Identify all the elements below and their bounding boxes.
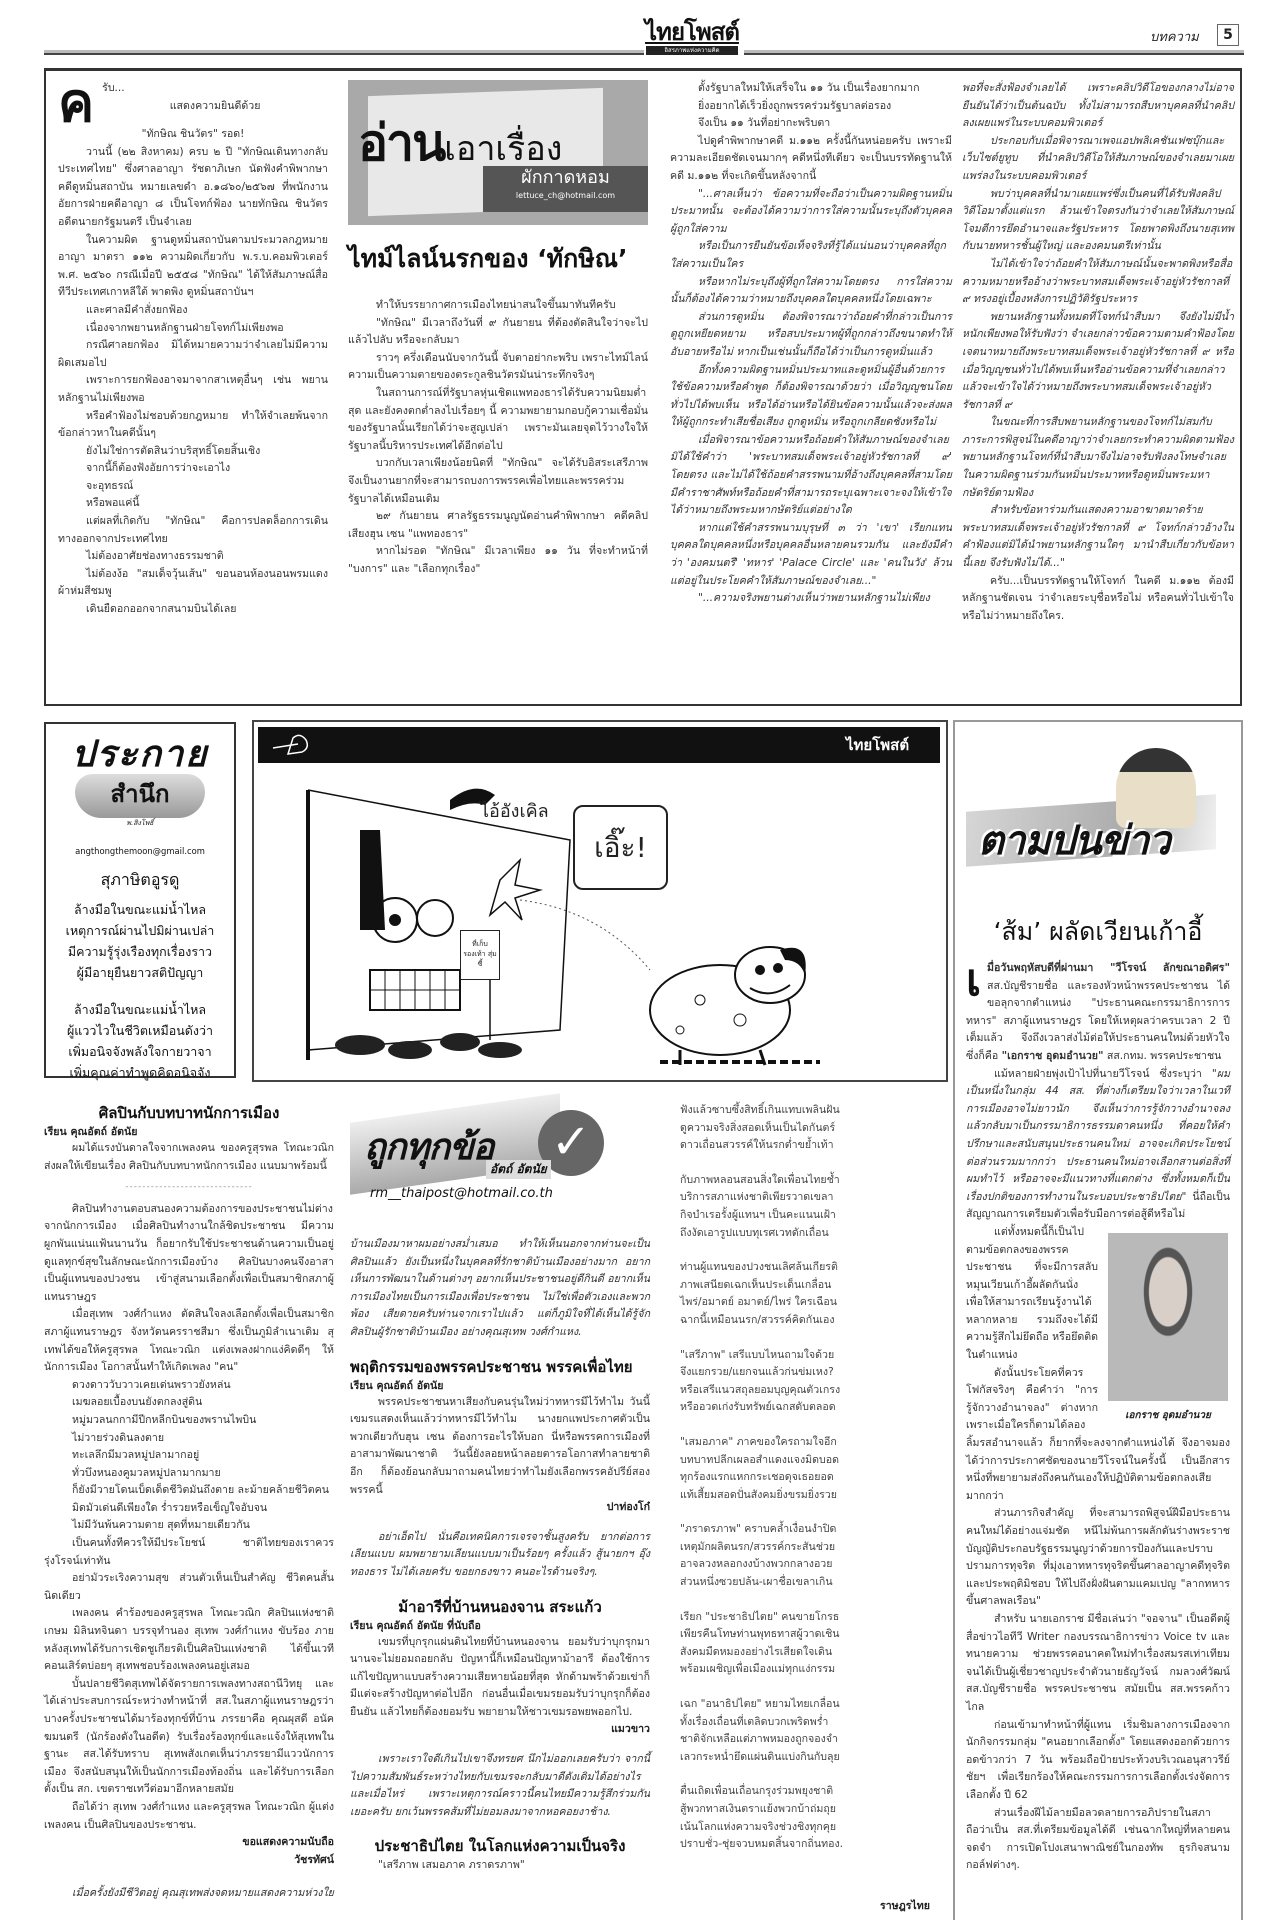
- editor-reply: อย่าเอ็ดไป นั่นคือเทคนิคการเจรจาชั้นสูงค…: [350, 1529, 650, 1582]
- paragraph: เป็นคนทั้งทีควรให้มีประโยชน์ ชาติไทยของเ…: [44, 1535, 334, 1570]
- quote-paragraph: พยานหลักฐานทั้งหมดที่โจทก์นำสืบมา จึงยัง…: [962, 309, 1234, 415]
- paragraph: กรณีศาลยกฟ้อง มิได้หมายความว่าจำเลยไม่มี…: [58, 337, 328, 372]
- logo-scroll: สำนึก: [75, 774, 205, 818]
- column-name: ถูกทุกข้อ: [364, 1118, 493, 1175]
- paragraph: เมื่อสุเทพ วงศ์กำแหง ตัดสินใจลงเลือกตั้ง…: [44, 1306, 334, 1376]
- main-article-column-4: พอที่จะสั่งฟ้องจำเลยได้ เพราะคลิปวิดีโอข…: [962, 80, 1234, 625]
- letter-salutation: เรียน คุณอัตถ์ อัตนัย ที่นับถือ: [350, 1618, 650, 1634]
- lead-name: "เอกราช อุดมอำนวย": [1002, 1050, 1104, 1062]
- quote-paragraph: สำหรับข้อหาร่วมกันแสดงความอาฆาตมาดร้ายพร…: [962, 502, 1234, 572]
- paragraph: เพราะการยกฟ้องอาจมาจากสาเหตุอื่นๆ เช่น พ…: [58, 372, 328, 407]
- paragraph: ก่อนเข้ามาทำหน้าที่ผู้แทน เริ่มชิมลางการ…: [966, 1717, 1230, 1805]
- paragraph: เพลงคน คำร้องของครูสุรพล โทณะวณิก ศิลปิน…: [44, 1605, 334, 1675]
- song-line: เมฆลอยเบื้องบนยังตกลงสู่ดิน: [44, 1394, 334, 1412]
- column-name-big: อ่าน: [358, 114, 444, 172]
- dropcap: ค: [58, 80, 94, 126]
- quote-paragraph: เมื่อพิจารณาข้อความหรือถ้อยคำให้สัมภาษณ์…: [670, 432, 952, 520]
- epigraph: "เสรีภาพ เสมอภาค ภราดรภาพ": [350, 1857, 650, 1875]
- letters-column-logo: ถูกทุกข้อ ✓ อัตถ์ อัตนัย rm__thaipost@ho…: [350, 1096, 630, 1206]
- lead-end: สส.กทม. พรรคประชาชน: [1107, 1050, 1222, 1062]
- song-line: ก็ยังมีวายโดนเบ็ดเด็ดชีวิตมันถึงตาย ละม้…: [44, 1482, 334, 1500]
- paragraph: เดินยืดอกออกจากสนามบินได้เลย: [58, 601, 328, 619]
- dropcap: เ: [966, 962, 981, 1000]
- logo-tagline: อิสรภาพแห่งความคิด: [646, 46, 738, 55]
- poem-box: ประกาย สำนึก พ.สิงโพธิ์ angthongthemoon@…: [44, 722, 236, 1078]
- paragraph: บั้นปลายชีวิตสุเทพได้จัดรายการเพลงทางสถา…: [44, 1676, 334, 1799]
- letter-salutation: เรียน คุณอัตถ์ อัตนัย: [350, 1378, 650, 1394]
- quote: "ผมเป็นหนึ่งในกลุ่ม 44 สส. ที่ต่างก็เตรี…: [966, 1068, 1230, 1203]
- lead-bold: มื่อวันพฤหัสบดีที่ผ่านมา "วีโรจน์ ลักขณา…: [987, 962, 1230, 974]
- song-line: ไม่วายร่วงดินลงตาย: [44, 1430, 334, 1448]
- paragraph: หากไม่รอด "ทักษิณ" มีเวลาเพียง ๑๑ วัน ที…: [348, 543, 648, 578]
- paragraph: แต่ผลที่เกิดกับ "ทักษิณ" คือการปลดล็อกกา…: [58, 513, 328, 548]
- quote-paragraph: พบว่าบุคคลที่นำมาเผยแพร่ซึ่งเป็นคนที่ได้…: [962, 186, 1234, 256]
- cartoon-brand: ไทยโพสต์: [846, 733, 909, 757]
- poem-line: ผู้มีอายุยืนยาวสติปัญญา: [46, 962, 234, 983]
- poem-line: ล้างมือในขณะแม่น้ำไหล: [46, 899, 234, 920]
- news-headline: ‘ส้ม’ ผลัดเวียนเก้าอี้: [966, 912, 1230, 952]
- quote-paragraph: หรือหากไม่ระบุถึงผู้ที่ถูกใส่ความโดยตรง …: [670, 274, 952, 309]
- news-column-logo: ตามปนข่าว: [966, 748, 1228, 868]
- poem-line: เพิ่มคุณค่าทำพูดคิดอนิจจัง: [46, 1062, 234, 1083]
- logo-author: พ.สิงโพธิ์: [60, 818, 220, 828]
- paragraph: ไปดูคำพิพากษาคดี ม.๑๑๒ ครั้งนี้กันหน่อยค…: [670, 133, 952, 186]
- cartoonist-mascot-icon: [268, 730, 328, 760]
- quote-paragraph: "...ความจริงพยานต่างเห็นว่าพยานหลักฐานไม…: [670, 590, 952, 608]
- paragraph: ศิลปินทำงานตอบสนองความต้องการของประชาชนไ…: [44, 1201, 334, 1307]
- paragraph: ราวๆ ครึ่งเดือนนับจากวันนี้ จับตาอย่ากะพ…: [348, 350, 648, 385]
- song-line: ทะเลลึกมีมวลหมู่ปลามากอยู่: [44, 1447, 334, 1465]
- stanza: เฉก "อนาธิปไตย" หยามไทยเกลื่อนทั้งเรื่อง…: [680, 1696, 942, 1766]
- column-author: อัตถ์ อัตนัย: [486, 1160, 551, 1179]
- paragraph: ส่วนภารกิจสำคัญ ที่จะสามารถพิสูจน์ฝีมือป…: [966, 1505, 1230, 1611]
- letter-signature: แมวขาว: [350, 1721, 650, 1739]
- main-article-column-2: อ่านเอาเรื่อง ผักกาดหอม lettuce_ch@hotma…: [348, 80, 648, 579]
- divider: ------------------------------: [44, 1179, 334, 1197]
- portrait-photo: [1108, 1233, 1228, 1401]
- letters-column-2: ถูกทุกข้อ ✓ อัตถ์ อัตนัย rm__thaipost@ho…: [350, 1096, 650, 1875]
- column-name-small: เอาเรื่อง: [444, 129, 562, 169]
- paragraph: ในความผิด ฐานดูหมิ่นสถาบันตามประมวลกฎหมา…: [58, 232, 328, 302]
- poem-signature: ราษฎรไทย: [880, 1897, 930, 1914]
- author-email[interactable]: lettuce_ch@hotmail.com: [483, 190, 648, 202]
- cartoon-caption: ไอ้อังเคิล: [480, 796, 549, 825]
- editor-reply: เมื่อครั้งยังมีชีวิตอยู่ คุณสุเทพส่งจดหม…: [44, 1885, 334, 1903]
- song-line: ทั่วบึงหนองคูมวลหมู่ปลามากมาย: [44, 1465, 334, 1483]
- paragraph: ทำให้บรรยากาศการเมืองไทยน่าสนใจขึ้นมาทัน…: [348, 297, 648, 315]
- quote-paragraph: หากแต่ใช้คำสรรพนามบุรุษที่ ๓ ว่า 'เขา' เ…: [670, 520, 952, 590]
- letter-salutation: เรียน คุณอัตถ์ อัตนัย: [44, 1124, 334, 1140]
- letter-sign-off: ขอแสดงความนับถือ: [44, 1834, 334, 1852]
- stanza: "ภราดรภาพ" คราบคล้ำเงื่อนงำปิดเหตุมักผลิ…: [680, 1521, 942, 1591]
- cartoon-header-bar: [258, 727, 940, 763]
- poem-line: มีความรู้รุ่งเรืองทุกเรื่องราว: [46, 941, 234, 962]
- poem-title: สุภาษิตอูรดู: [46, 868, 234, 893]
- paragraph: เนื่องจากพยานหลักฐานฝ่ายโจทก์ไม่เพียงพอ: [58, 320, 328, 338]
- main-article-column-3: ตั้งรัฐบาลใหม่ให้เสร็จใน ๑๑ วัน เป็นเรื่…: [670, 80, 952, 608]
- paragraph: บวกกับเวลาเพียงน้อยนิดที่ "ทักษิณ" จะได้…: [348, 455, 648, 508]
- column-email[interactable]: rm__thaipost@hotmail.co.th: [370, 1186, 553, 1201]
- quote-paragraph: ส่วนการดูหมิ่น ต้องพิจารณาว่าถ้อยคำที่กล…: [670, 309, 952, 362]
- poem-line: เพิ่มอนิจจังพลังใจกายวาจา: [46, 1041, 234, 1062]
- main-headline: ไทม์ไลน์นรกของ ‘ทักษิณ’: [348, 241, 648, 277]
- song-line: ไม่มีวันพ้นความตาย สุดที่หมายเดียวกัน: [44, 1517, 334, 1535]
- author-bar: ผักกาดหอม lettuce_ch@hotmail.com: [483, 166, 648, 212]
- newspaper-logo: ไทยโพสต์ อิสรภาพแห่งความคิด: [640, 18, 744, 58]
- stanza: "เสมอภาค" ภาคของใครถามใจอีกบทบาทปลีกเผลอ…: [680, 1434, 942, 1504]
- paragraph: ส่วนเรื่องฝีไม้ลายมือลวดลายการอภิปรายในส…: [966, 1805, 1230, 1875]
- paragraph: แม้หลายฝ่ายพุ่งเป้าไปที่นายวีโรจน์ ซึ่งร…: [994, 1068, 1202, 1080]
- paragraph: แสดงความยินดีด้วย: [58, 98, 328, 116]
- letter-title: พฤติกรรมของพรรคประชาชน พรรคเพื่อไทย: [350, 1356, 650, 1378]
- poem-line: ผู้แววไวในชีวิตเหมือนดังว่า: [46, 1020, 234, 1041]
- quote-paragraph: ในขณะที่การสืบพยานหลักฐานของโจทก์ไม่สมกั…: [962, 414, 1234, 502]
- paragraph: ไม่ต้องอาศัยช่องทางธรรมชาติ: [58, 548, 328, 566]
- paragraph: และศาลมีคำสั่งยกฟ้อง: [58, 302, 328, 320]
- quote-paragraph: "...ศาลเห็นว่า ข้อความที่จะถือว่าเป็นควา…: [670, 186, 952, 239]
- stanza: กับภาพหลอนสอนสิ่งใดเพื่อนไทยช้ำบริการสภา…: [680, 1172, 942, 1242]
- paragraph: ๒๙ กันยายน ศาลรัฐธรรมนูญนัดอ่านคำพิพากษา…: [348, 508, 648, 543]
- logo-text: ไทยโพสต์: [640, 18, 744, 46]
- letters-column-1: ศิลปินกับบทบาทนักการเมือง เรียน คุณอัตถ์…: [44, 1102, 334, 1903]
- poem-stanza-2: ล้างมือในขณะแม่น้ำไหล ผู้แววไวในชีวิตเหม…: [46, 999, 234, 1083]
- song-line: หมู่มวลนกกามีปีกหลีกบินของพรานไพบิน: [44, 1412, 334, 1430]
- editor-reply: บ้านเมืองมาหาผมอย่างสม่ำเสมอ ทำให้เห็นนอ…: [350, 1236, 650, 1342]
- quote-paragraph: ประกอบกับเมื่อพิจารณาเพจแอปพลิเคชันเฟซบุ…: [962, 133, 1234, 186]
- paragraph: วานนี้ (๒๒ สิงหาคม) ครบ ๒ ปี "ทักษิณเดิน…: [58, 144, 328, 232]
- masthead-rule-left: [44, 50, 644, 55]
- paragraph: ยิ่งอยากได้เร็วยิ่งถูกพรรคร่วมรัฐบาลต่อร…: [670, 98, 952, 116]
- letter-title: ม้าอารีที่บ้านหนองจาน สระแก้ว: [350, 1596, 650, 1618]
- quote-paragraph: พอที่จะสั่งฟ้องจำเลยได้ เพราะคลิปวิดีโอข…: [962, 80, 1234, 133]
- poem-line: ล้างมือในขณะแม่น้ำไหล: [46, 999, 234, 1020]
- photo-caption: เอกราช อุดมอำนวย: [1108, 1408, 1228, 1423]
- poem-column: ฟังแล้วซาบซึ้งสิทธิ์เกินแทบเพลินฝันดูควา…: [680, 1102, 942, 1871]
- paragraph: จึงเป็น ๑๑ วันที่อย่ากะพริบตา: [670, 115, 952, 133]
- paragraph: "ทักษิณ" มีเวลาถึงวันที่ ๙ กันยายน ที่ต้…: [348, 315, 648, 350]
- stanza: เรียก "ประชาธิปไตย" คนขายโกรธเพียรคืนโทษ…: [680, 1609, 942, 1679]
- paragraph: เขมรที่บุกรุกแผ่นดินไทยที่บ้านหนองจาน ยอ…: [350, 1634, 650, 1722]
- stanza: ท่านผู้แทนของปวงชนเลิศล้นเกียรติภาพเสนีย…: [680, 1259, 942, 1329]
- stanza: "เสรีภาพ" เสรีแบบไหนถามใจด้วยจึงแยกรวย/แ…: [680, 1347, 942, 1417]
- paragraph: รับ...: [58, 80, 328, 98]
- paragraph: ในสถานการณ์ที่รัฐบาลหุ่นเชิดแพทองธารได้ร…: [348, 385, 648, 455]
- paragraph: สำหรับ นายเอกราช มีชื่อเล่นว่า "จอจาน" เ…: [966, 1611, 1230, 1717]
- quote-paragraph: หรือเป็นการยืนยันข้อเท็จจริงที่รู้ได้แน่…: [670, 238, 952, 273]
- masthead-rule-right: [744, 50, 1244, 55]
- song-line: ดวงดาววับวาวเคยเด่นพราวยังหล่น: [44, 1377, 334, 1395]
- editor-reply: เพราะเราใจดีเกินไปเขาจึงทรยศ นึกไม่ออกเล…: [350, 1751, 650, 1821]
- quote-paragraph: อีกทั้งความผิดฐานหมิ่นประมาทและดูหมิ่นผู…: [670, 362, 952, 432]
- main-article-column-1: ค รับ... แสดงความยินดีด้วย "ทักษิณ ชินวั…: [58, 80, 328, 619]
- poem-line: เหตุการณ์ผ่านไปมิผ่านเปล่า: [46, 920, 234, 941]
- song-line: มิดมัวเด่นดีเพียงใด ร่ำรวยหรือเข็ญใจอับจ…: [44, 1500, 334, 1518]
- paragraph: ยังไม่ใช่การตัดสินว่าบริสุทธิ์โดยสิ้นเชิ…: [58, 443, 328, 461]
- column-banner: อ่านเอาเรื่อง ผักกาดหอม lettuce_ch@hotma…: [348, 80, 648, 225]
- page-number: 5: [1217, 24, 1239, 46]
- paragraph: ครับ...เป็นบรรทัดฐานให้โจทก์ ในคดี ม.๑๑๒…: [962, 573, 1234, 626]
- paragraph: ตั้งรัฐบาลใหม่ให้เสร็จใน ๑๑ วัน เป็นเรื่…: [670, 80, 952, 98]
- letter-signature: วัชรทัศน์: [44, 1852, 334, 1870]
- quote-paragraph: ไม่ได้เข้าใจว่าถ้อยคำให้สัมภาษณ์นั้นจะพา…: [962, 256, 1234, 309]
- paragraph: "ทักษิณ ชินวัตร" รอด!: [58, 126, 328, 144]
- section-label: บทความ: [1150, 26, 1199, 47]
- column-name: ตามปนข่าว: [978, 808, 1170, 872]
- poem-stanza-1: ล้างมือในขณะแม่น้ำไหล เหตุการณ์ผ่านไปมิผ…: [46, 899, 234, 983]
- cartoon-sign: ที่เก็บ รองเท้า สุ่มซี้: [460, 930, 500, 980]
- paragraph: ผมได้แรงบันดาลใจจากเพลงคน ของครูสุรพล โท…: [44, 1140, 334, 1175]
- poem-email[interactable]: angthongthemoon@gmail.com: [46, 846, 234, 856]
- letter-signature: ปาท่องโก๋: [350, 1499, 650, 1517]
- speech-bubble: เอิ๊ะ!: [573, 805, 668, 890]
- author-name: ผักกาดหอม: [483, 166, 648, 190]
- stanza: ฟังแล้วซาบซึ้งสิทธิ์เกินแทบเพลินฝันดูควา…: [680, 1102, 942, 1155]
- paragraph: อย่ามัวระเริงความสุข ส่วนตัวเห็นเป็นสำคั…: [44, 1570, 334, 1605]
- paragraph: ถือได้ว่า สุเทพ วงศ์กำแหง และครูสุรพล โท…: [44, 1799, 334, 1834]
- stanza: ตื่นเถิดเพื่อนเถื่อนกรุงร่วมพยุงชาติสู้พ…: [680, 1783, 942, 1853]
- logo-script: ประกาย: [60, 734, 220, 774]
- paragraph: จะอุทธรณ์: [58, 478, 328, 496]
- paragraph: หรือคำฟ้องไม่ชอบด้วยกฎหมาย ทำให้จำเลยพ้น…: [58, 408, 328, 443]
- paragraph: จากนี้ก็ต้องฟังอัยการว่าจะเอาไง: [58, 460, 328, 478]
- paragraph: หรือพอแค่นี้: [58, 495, 328, 513]
- paragraph: พรรคประชาชนหาเสียงกับคนรุ่นใหม่ว่าทหารมี…: [350, 1394, 650, 1500]
- poem-column-logo: ประกาย สำนึก พ.สิงโพธิ์: [60, 734, 220, 844]
- paragraph: ไม่ต้องง้อ "สมเด็จวุ้นเส้น" ขอนอนห้องนอน…: [58, 566, 328, 601]
- letter-title: ศิลปินกับบทบาทนักการเมือง: [44, 1102, 334, 1124]
- letter-title: ประชาธิปไตย ในโลกแห่งความเป็นจริง: [350, 1835, 650, 1857]
